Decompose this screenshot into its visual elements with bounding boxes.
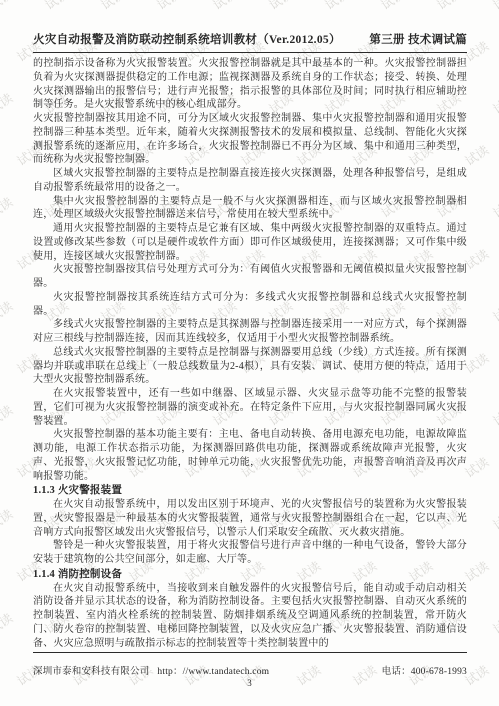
footer-url: http：//www.tandatech.com [157, 663, 269, 677]
watermark-text: 试读 [0, 505, 16, 534]
paragraph: 的控制指示设备称为火灾报警装置。火灾报警控制器就是其中最基本的一种。火灾报警控制… [33, 57, 467, 112]
watermark-text: 试读 [489, 505, 499, 534]
footer-company: 深圳市泰和安科技有限公司 [33, 663, 149, 677]
header-title-right: 第三册 技术调试篇 [369, 31, 467, 47]
watermark-text: 试读 [377, 0, 408, 13]
paragraph: 集中火灾报警控制器的主要特点是一般不与火灾探测器相连，而与区域火灾报警控制器相连… [33, 195, 467, 223]
document-page: 试读试读试读试读试读试读试读试读试读试读试读试读试读试读试读试读试读试读试读试读… [0, 0, 499, 706]
paragraph: 火灾报警控制器按其系统连结方式可分为：多线式火灾报警控制器和总线式火灾报警控制器… [33, 291, 467, 319]
watermark-text: 试读 [0, 297, 16, 326]
watermark-text: 试读 [321, 0, 352, 13]
watermark-text: 试读 [0, 609, 16, 638]
paragraph: 总线式火灾报警控制器的主要特点是控制器与探测器要用总线（少线）方式连接。所有探测… [33, 346, 467, 387]
document-body: 的控制指示设备称为火灾报警装置。火灾报警控制器就是其中最基本的一种。火灾报警控制… [33, 57, 467, 652]
footer-company-group: 深圳市泰和安科技有限公司 http：//www.tandatech.com [33, 663, 269, 677]
watermark-text: 试读 [0, 0, 16, 13]
watermark-text: 试读 [265, 0, 296, 13]
watermark-text: 试读 [97, 0, 128, 13]
watermark-text: 试读 [489, 297, 499, 326]
watermark-text: 试读 [209, 0, 240, 13]
header-title-left: 火灾自动报警及消防联动控制系统培训教材（Ver.2012.05） [33, 31, 341, 47]
watermark-text: 试读 [489, 609, 499, 638]
watermark-text: 试读 [489, 89, 499, 118]
paragraph: 多线式火灾报警控制器的主要特点是其探测器与控制器连接采用一一对应方式，每个探测器… [33, 318, 467, 346]
paragraph: 警铃是一种火灾警报装置，用于将火灾报警信号进行声音中继的一种电气设备，警铃大部分… [33, 539, 467, 567]
page-header: 火灾自动报警及消防联动控制系统培训教材（Ver.2012.05） 第三册 技术调… [33, 31, 467, 53]
page-footer: 深圳市泰和安科技有限公司 http：//www.tandatech.com 电话… [33, 652, 467, 677]
watermark-text: 试读 [41, 0, 72, 13]
paragraph: 火灾报警控制器的基本功能主要有：主电、备电自动转换、备用电源充电功能，电源故障监… [33, 428, 467, 483]
watermark-text: 试读 [489, 0, 499, 13]
watermark-text: 试读 [489, 193, 499, 222]
watermark-text: 试读 [433, 0, 464, 13]
paragraph: 在火灾自动报警系统中，当接收到来自触发器件的火灾报警信号后，能自动或手动启动相关… [33, 582, 467, 651]
page-number: 3 [0, 678, 499, 688]
paragraph: 区域火灾报警控制器的主要特点是控制器直接连接火灾探测器，处理各种报警信号，是组成… [33, 167, 467, 195]
paragraph: 在火灾自动报警系统中，用以发出区别于环境声、光的火灾警报信号的装置称为火灾警报装… [33, 498, 467, 539]
watermark-text: 试读 [489, 401, 499, 430]
watermark-text: 试读 [0, 89, 16, 118]
paragraph: 通用火灾报警控制器的主要特点是它兼有区域、集中两级火灾报警控制器的双重特点。通过… [33, 222, 467, 263]
section-heading: 1.1.4 消防控制设备 [33, 568, 467, 582]
watermark-text: 试读 [0, 401, 16, 430]
paragraph: 火灾报警控制器按其信号处理方式可分为：有阈值火灾报警器和无阈值模拟量火灾报警控制… [33, 263, 467, 291]
watermark-text: 试读 [153, 0, 184, 13]
section-heading: 1.1.3 火灾警报装置 [33, 484, 467, 498]
paragraph: 在火灾报警装置中，还有一些如中继器、区域显示器、火灾显示盘等功能不完整的报警装置… [33, 387, 467, 428]
watermark-text: 试读 [0, 193, 16, 222]
footer-phone: 电话：400-678-1993 [382, 663, 467, 677]
paragraph: 火灾报警控制器按其用途不同，可分为区域火灾报警控制器、集中火灾报警控制器和通用灾… [33, 112, 467, 167]
